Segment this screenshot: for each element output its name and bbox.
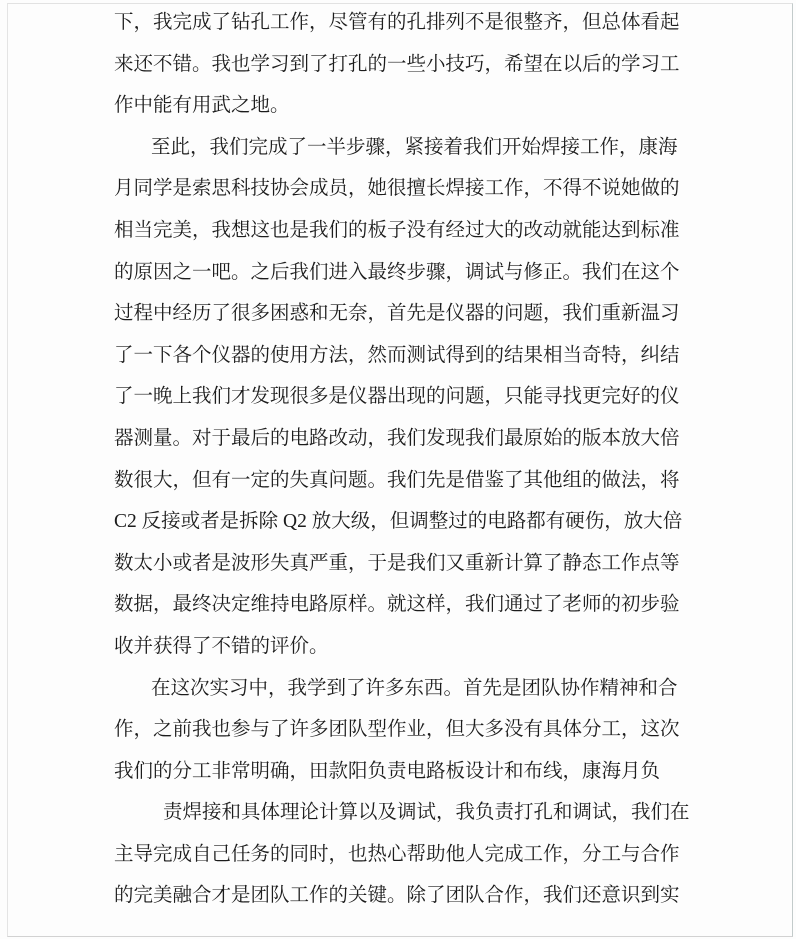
text-line: 了一晚上我们才发现很多是仪器出现的问题，只能寻找更完好的仪 [114,376,714,418]
text-line: 责焊接和具体理论计算以及调试，我负责打孔和调试，我们在 [114,792,714,834]
text-body: 下，我完成了钻孔工作，尽管有的孔排列不是很整齐，但总体看起来还不错。我也学习到了… [114,2,714,917]
text-line: 的原因之一吧。之后我们进入最终步骤，调试与修正。我们在这个 [114,252,714,294]
text-line: 作中能有用武之地。 [114,85,714,127]
text-line: 至此，我们完成了一半步骤，紧接着我们开始焊接工作，康海 [114,127,714,169]
text-line: 过程中经历了很多困惑和无奈，首先是仪器的问题，我们重新温习 [114,293,714,335]
text-line: 作，之前我也参与了许多团队型作业，但大多没有具体分工，这次 [114,709,714,751]
text-line: 主导完成自己任务的同时，也热心帮助他人完成工作，分工与合作 [114,834,714,876]
text-line: 了一下各个仪器的使用方法，然而测试得到的结果相当奇特，纠结 [114,335,714,377]
text-line: 来还不错。我也学习到了打孔的一些小技巧，希望在以后的学习工 [114,44,714,86]
text-line: 收并获得了不错的评价。 [114,626,714,668]
text-line: 数太小或者是波形失真严重，于是我们又重新计算了静态工作点等 [114,543,714,585]
text-line: 月同学是索思科技协会成员，她很擅长焊接工作，不得不说她做的 [114,168,714,210]
text-line: 数据，最终决定维持电路原样。就这样，我们通过了老师的初步验 [114,584,714,626]
text-line: 数很大，但有一定的失真问题。我们先是借鉴了其他组的做法，将 [114,460,714,502]
text-line: C2 反接或者是拆除 Q2 放大级，但调整过的电路都有硬伤，放大倍 [114,501,714,543]
text-line: 相当完美，我想这也是我们的板子没有经过大的改动就能达到标准 [114,210,714,252]
text-line: 下，我完成了钻孔工作，尽管有的孔排列不是很整齐，但总体看起 [114,2,714,44]
text-line: 器测量。对于最后的电路改动，我们发现我们最原始的版本放大倍 [114,418,714,460]
text-line: 我们的分工非常明确，田款阳负责电路板设计和布线，康海月负 [114,751,714,793]
text-line: 的完美融合才是团队工作的关键。除了团队合作，我们还意识到实 [114,875,714,917]
document-page: 下，我完成了钻孔工作，尽管有的孔排列不是很整齐，但总体看起来还不错。我也学习到了… [0,0,796,939]
text-line: 在这次实习中，我学到了许多东西。首先是团队协作精神和合 [114,668,714,710]
